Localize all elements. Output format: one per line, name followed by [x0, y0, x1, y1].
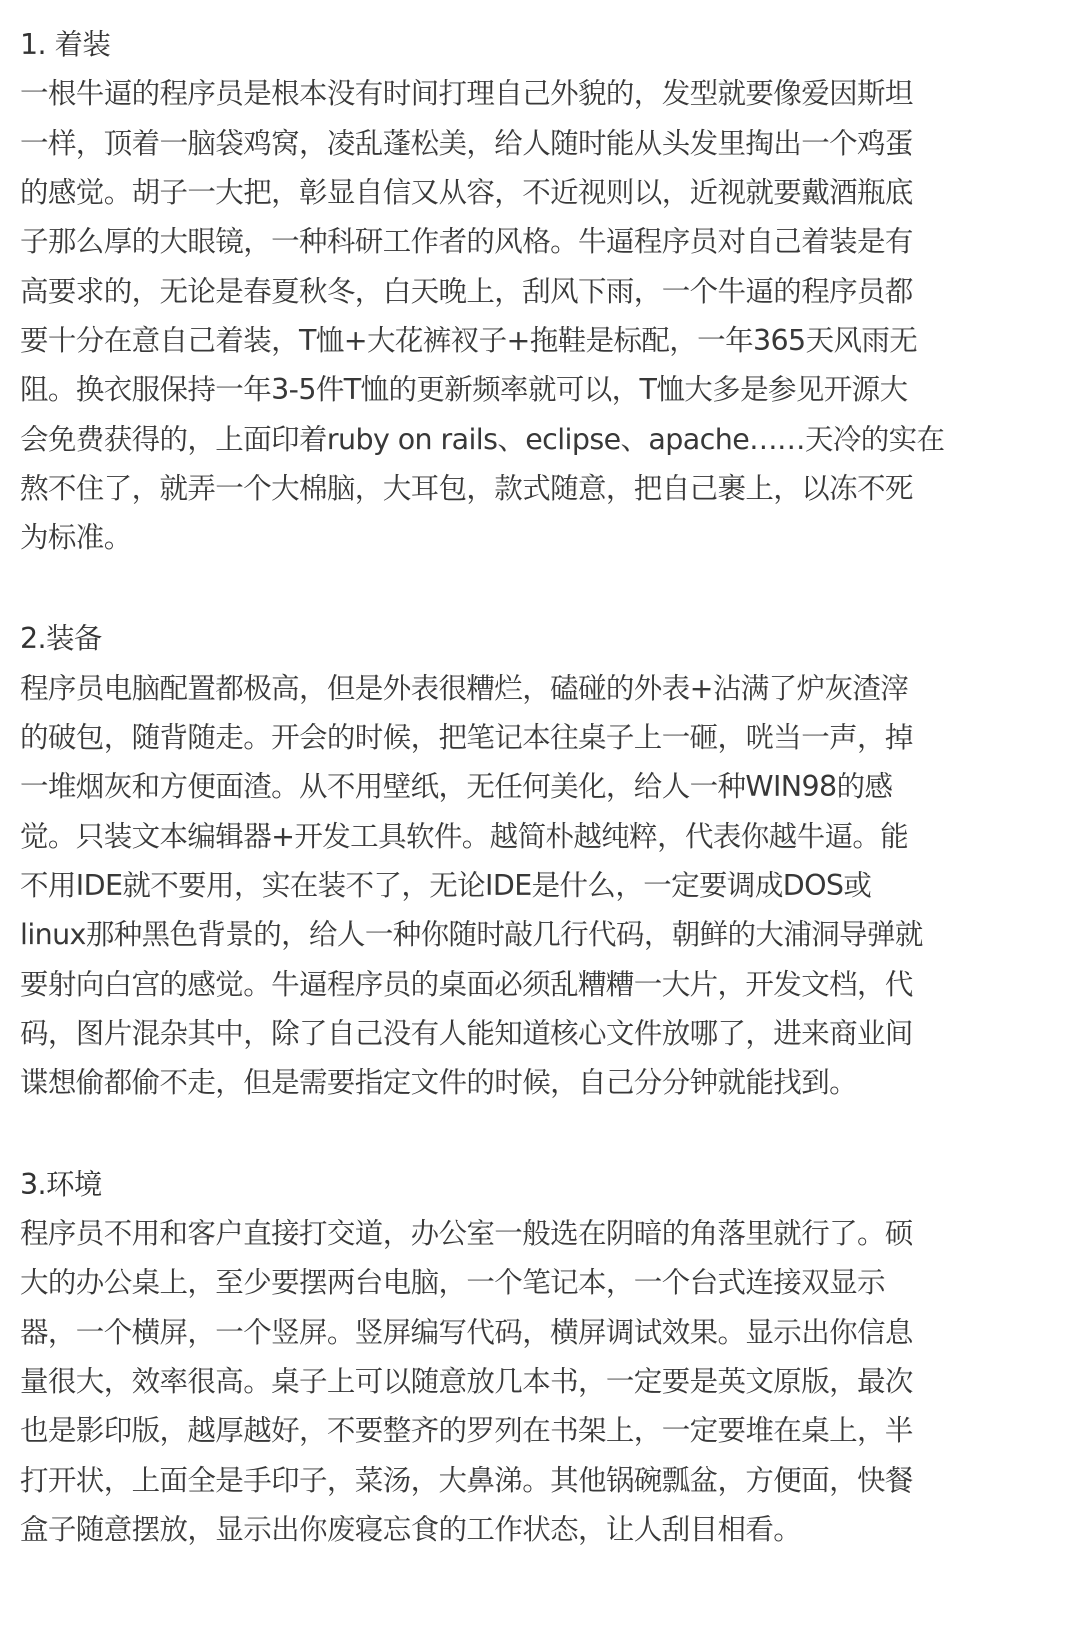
paragraph-line: 谍想偷都偷不走，但是需要指定文件的时候，自己分分钟就能找到。	[20, 1063, 857, 1103]
paragraph-line: 子那么厚的大眼镜，一种科研工作者的风格。牛逼程序员对自己着装是有	[20, 222, 913, 262]
section-heading: 1. 着装	[20, 25, 110, 65]
paragraph-line: 阻。换衣服保持一年3-5件T恤的更新频率就可以，T恤大多是参见开源大	[20, 370, 907, 410]
paragraph-line: 一根牛逼的程序员是根本没有时间打理自己外貌的，发型就要像爱因斯坦	[20, 74, 913, 114]
section-heading: 3.环境	[20, 1165, 102, 1205]
paragraph-line: 熬不住了，就弄一个大棉脑，大耳包，款式随意，把自己裹上，以冻不死	[20, 469, 913, 509]
paragraph-line: 打开状，上面全是手印子，菜汤，大鼻涕。其他锅碗瓢盆，方便面，快餐	[20, 1461, 913, 1501]
paragraph-line: 码，图片混杂其中，除了自己没有人能知道核心文件放哪了，进来商业间	[20, 1014, 913, 1054]
paragraph-line: 高要求的，无论是春夏秋冬，白天晚上，刮风下雨，一个牛逼的程序员都	[20, 272, 913, 312]
paragraph-line: 不用IDE就不要用，实在装不了，无论IDE是什么，一定要调成DOS或	[20, 866, 871, 906]
paragraph-line: 程序员不用和客户直接打交道，办公室一般选在阴暗的角落里就行了。硕	[20, 1214, 913, 1254]
paragraph-line: 量很大，效率很高。桌子上可以随意放几本书，一定要是英文原版，最次	[20, 1362, 913, 1402]
paragraph-line: 要射向白宫的感觉。牛逼程序员的桌面必须乱糟糟一大片，开发文档，代	[20, 965, 913, 1005]
paragraph-line: 的破包，随背随走。开会的时候，把笔记本往桌子上一砸，咣当一声，掉	[20, 718, 913, 758]
paragraph-line: 为标准。	[20, 518, 132, 558]
paragraph-line: linux那种黑色背景的，给人一种你随时敲几行代码，朝鲜的大浦洞导弹就	[20, 915, 923, 955]
paragraph-line: 盒子随意摆放，显示出你废寝忘食的工作状态，让人刮目相看。	[20, 1510, 801, 1550]
paragraph-line: 器，一个横屏，一个竖屏。竖屏编写代码，横屏调试效果。显示出你信息	[20, 1313, 913, 1353]
paragraph-line: 也是影印版，越厚越好，不要整齐的罗列在书架上，一定要堆在桌上，半	[20, 1411, 913, 1451]
paragraph-line: 一堆烟灰和方便面渣。从不用壁纸，无任何美化，给人一种WIN98的感	[20, 767, 892, 807]
paragraph-line: 要十分在意自己着装，T恤+大花裤衩子+拖鞋是标配，一年365天风雨无	[20, 321, 917, 361]
paragraph-line: 程序员电脑配置都极高，但是外表很糟烂，磕碰的外表+沾满了炉灰渣滓	[20, 669, 908, 709]
paragraph-line: 会免费获得的，上面印着ruby on rails、eclipse、apache……	[20, 420, 944, 460]
paragraph-line: 一样，顶着一脑袋鸡窝，凌乱蓬松美，给人随时能从头发里掏出一个鸡蛋	[20, 124, 913, 164]
section-heading: 2.装备	[20, 619, 102, 659]
paragraph-line: 的感觉。胡子一大把，彰显自信又从容，不近视则以，近视就要戴酒瓶底	[20, 173, 913, 213]
paragraph-line: 觉。只装文本编辑器+开发工具软件。越简朴越纯粹，代表你越牛逼。能	[20, 817, 908, 857]
paragraph-line: 大的办公桌上，至少要摆两台电脑，一个笔记本，一个台式连接双显示	[20, 1263, 885, 1303]
